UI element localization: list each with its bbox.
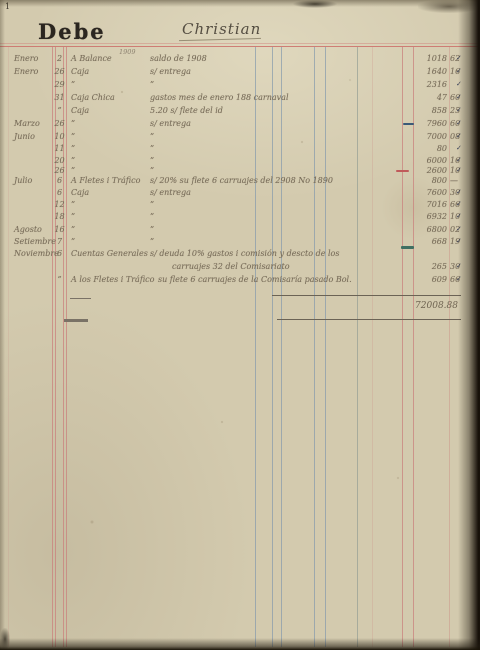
ledger-row: 31Caja Chicagastos mes de enero 188 carn… bbox=[0, 93, 480, 105]
ledger-row: Marzo26”s/ entrega796060✓ bbox=[0, 119, 480, 131]
total-rule-top bbox=[272, 295, 461, 296]
ledger-row: ”A los Fletes i Tráficosu flete 6 carrua… bbox=[0, 275, 480, 287]
entry-detail: carruajes 32 del Comisariato bbox=[172, 262, 387, 271]
entry-account: ” bbox=[71, 200, 149, 209]
entry-day: 18 bbox=[52, 212, 67, 221]
entry-amount: 609 bbox=[393, 275, 447, 284]
entry-amount: 800 bbox=[393, 176, 447, 185]
entry-account: Caja bbox=[71, 67, 149, 76]
entry-amount: 80 bbox=[393, 144, 447, 153]
entry-detail: su flete 6 carruajes de la Comisaría pas… bbox=[158, 275, 373, 284]
entry-detail: s/ entrega bbox=[150, 188, 365, 197]
entry-account: ” bbox=[71, 144, 149, 153]
entry-account: Cuentas Generales bbox=[71, 249, 149, 258]
entry-day: 6 bbox=[52, 188, 67, 197]
entry-detail: s/ 20% su flete 6 carruajes del 2908 No … bbox=[150, 176, 365, 185]
entry-account: Caja bbox=[71, 188, 149, 197]
ledger-row: carruajes 32 del Comisariato26530✓ bbox=[0, 262, 480, 274]
entry-account: ” bbox=[71, 225, 149, 234]
entry-amount: 7016 bbox=[393, 200, 447, 209]
ledger-row: ”Caja5.20 s/ flete del id85825✓ bbox=[0, 106, 480, 118]
ledger-row: 12””701666✓ bbox=[0, 200, 480, 212]
page-edge-bottom bbox=[0, 638, 480, 650]
entry-month: Setiembre bbox=[14, 237, 54, 246]
entry-detail: gastos mes de enero 188 carnaval bbox=[150, 93, 365, 102]
entry-amount: 265 bbox=[393, 262, 447, 271]
entry-detail: s/ entrega bbox=[150, 119, 365, 128]
entry-day: 29 bbox=[52, 80, 67, 89]
entry-day: 26 bbox=[52, 166, 67, 175]
account-title-underline bbox=[179, 38, 261, 41]
entry-day: ” bbox=[52, 106, 67, 115]
ledger-row: 6Cajas/ entrega760030✓ bbox=[0, 188, 480, 200]
entry-account: A Balance bbox=[71, 54, 149, 63]
entry-account: A Fletes i Tráfico bbox=[71, 176, 149, 185]
entry-day: 6 bbox=[52, 176, 67, 185]
ledger-row: Noviembre6Cuentas Generaless/ deuda 10% … bbox=[0, 249, 480, 261]
entry-amount: 6000 bbox=[393, 156, 447, 165]
entry-amount: 7600 bbox=[393, 188, 447, 197]
total-left-dash-bold bbox=[64, 319, 88, 322]
entry-month: Marzo bbox=[14, 119, 54, 128]
header-rule-top bbox=[0, 43, 480, 44]
ledger-row: Junio10””700008✓ bbox=[0, 132, 480, 144]
entry-day: ” bbox=[52, 275, 67, 284]
entry-month: Agosto bbox=[14, 225, 54, 234]
entry-amount: 858 bbox=[393, 106, 447, 115]
page-edge-left bbox=[0, 0, 5, 650]
red-dash-mark bbox=[396, 170, 409, 172]
total-amount: 72008.88 bbox=[393, 301, 458, 311]
entry-month: Noviembre bbox=[14, 249, 54, 258]
entry-amount: 6800 bbox=[393, 225, 447, 234]
entry-detail: ” bbox=[150, 200, 365, 209]
entry-account: ” bbox=[71, 119, 149, 128]
entry-month: Julio bbox=[14, 176, 54, 185]
entry-day: 16 bbox=[52, 225, 67, 234]
entry-month: Junio bbox=[14, 132, 54, 141]
entry-account: A los Fletes i Tráfico bbox=[71, 275, 149, 284]
entry-account: ” bbox=[71, 166, 149, 175]
entry-amount: 6932 bbox=[393, 212, 447, 221]
entry-account: ” bbox=[71, 212, 149, 221]
ledger-row: Enero26Cajas/ entrega164016✓ bbox=[0, 67, 480, 79]
entry-day: 26 bbox=[52, 67, 67, 76]
header-rule-bottom bbox=[0, 46, 480, 47]
entry-detail: ” bbox=[150, 132, 365, 141]
account-title: Christian bbox=[182, 20, 261, 38]
entry-amount: 668 bbox=[393, 237, 447, 246]
entry-account: ” bbox=[71, 132, 149, 141]
ledger-row: Agosto16””680002✓ bbox=[0, 225, 480, 237]
entry-day: 7 bbox=[52, 237, 67, 246]
entry-day: 12 bbox=[52, 200, 67, 209]
entry-month: Enero bbox=[14, 67, 54, 76]
ledger-page: 1 Debe Christian 1909 Enero2A Balancesal… bbox=[0, 0, 480, 650]
ledger-row: 29””2316✓ bbox=[0, 80, 480, 92]
ledger-row: Julio6A Fletes i Tráficos/ 20% su flete … bbox=[0, 176, 480, 188]
entry-detail: saldo de 1908 bbox=[150, 54, 365, 63]
entry-account: ” bbox=[71, 156, 149, 165]
page-edge-right bbox=[458, 0, 480, 650]
entry-day: 20 bbox=[52, 156, 67, 165]
entry-account: ” bbox=[71, 80, 149, 89]
total-left-dash bbox=[70, 298, 91, 299]
entry-detail: ” bbox=[150, 166, 365, 175]
entry-amount: 2316 bbox=[393, 80, 447, 89]
entry-detail: 5.20 s/ flete del id bbox=[150, 106, 365, 115]
entry-day: 2 bbox=[52, 54, 67, 63]
entry-month: Enero bbox=[14, 54, 54, 63]
entry-day: 31 bbox=[52, 93, 67, 102]
blue-dash-mark bbox=[403, 123, 414, 125]
teal-dash-mark bbox=[401, 246, 414, 249]
entry-detail: ” bbox=[150, 144, 365, 153]
entry-detail: ” bbox=[150, 212, 365, 221]
entry-detail: ” bbox=[150, 80, 365, 89]
entry-detail: s/ deuda 10% gastos i comisión y descto … bbox=[150, 249, 365, 258]
entry-account: Caja Chica bbox=[71, 93, 149, 102]
entry-account: Caja bbox=[71, 106, 149, 115]
ledger-row: 18””693210✓ bbox=[0, 212, 480, 224]
entry-amount: 7000 bbox=[393, 132, 447, 141]
entry-day: 11 bbox=[52, 144, 67, 153]
ledger-row: 11””80✓ bbox=[0, 144, 480, 156]
entry-detail: ” bbox=[150, 237, 365, 246]
entry-amount: 1018 bbox=[393, 54, 447, 63]
total-rule-bottom bbox=[277, 319, 461, 320]
entry-detail: s/ entrega bbox=[150, 67, 365, 76]
entry-day: 10 bbox=[52, 132, 67, 141]
debit-title: Debe bbox=[38, 19, 106, 44]
ledger-row: Enero2A Balancesaldo de 1908101862✓ bbox=[0, 54, 480, 66]
entry-amount: 1640 bbox=[393, 67, 447, 76]
entry-amount: 7960 bbox=[393, 119, 447, 128]
entry-day: 6 bbox=[52, 249, 67, 258]
entry-amount: 47 bbox=[393, 93, 447, 102]
entry-detail: ” bbox=[150, 156, 365, 165]
entry-detail: ” bbox=[150, 225, 365, 234]
entry-account: ” bbox=[71, 237, 149, 246]
page-edge-top bbox=[0, 0, 480, 7]
entry-day: 26 bbox=[52, 119, 67, 128]
